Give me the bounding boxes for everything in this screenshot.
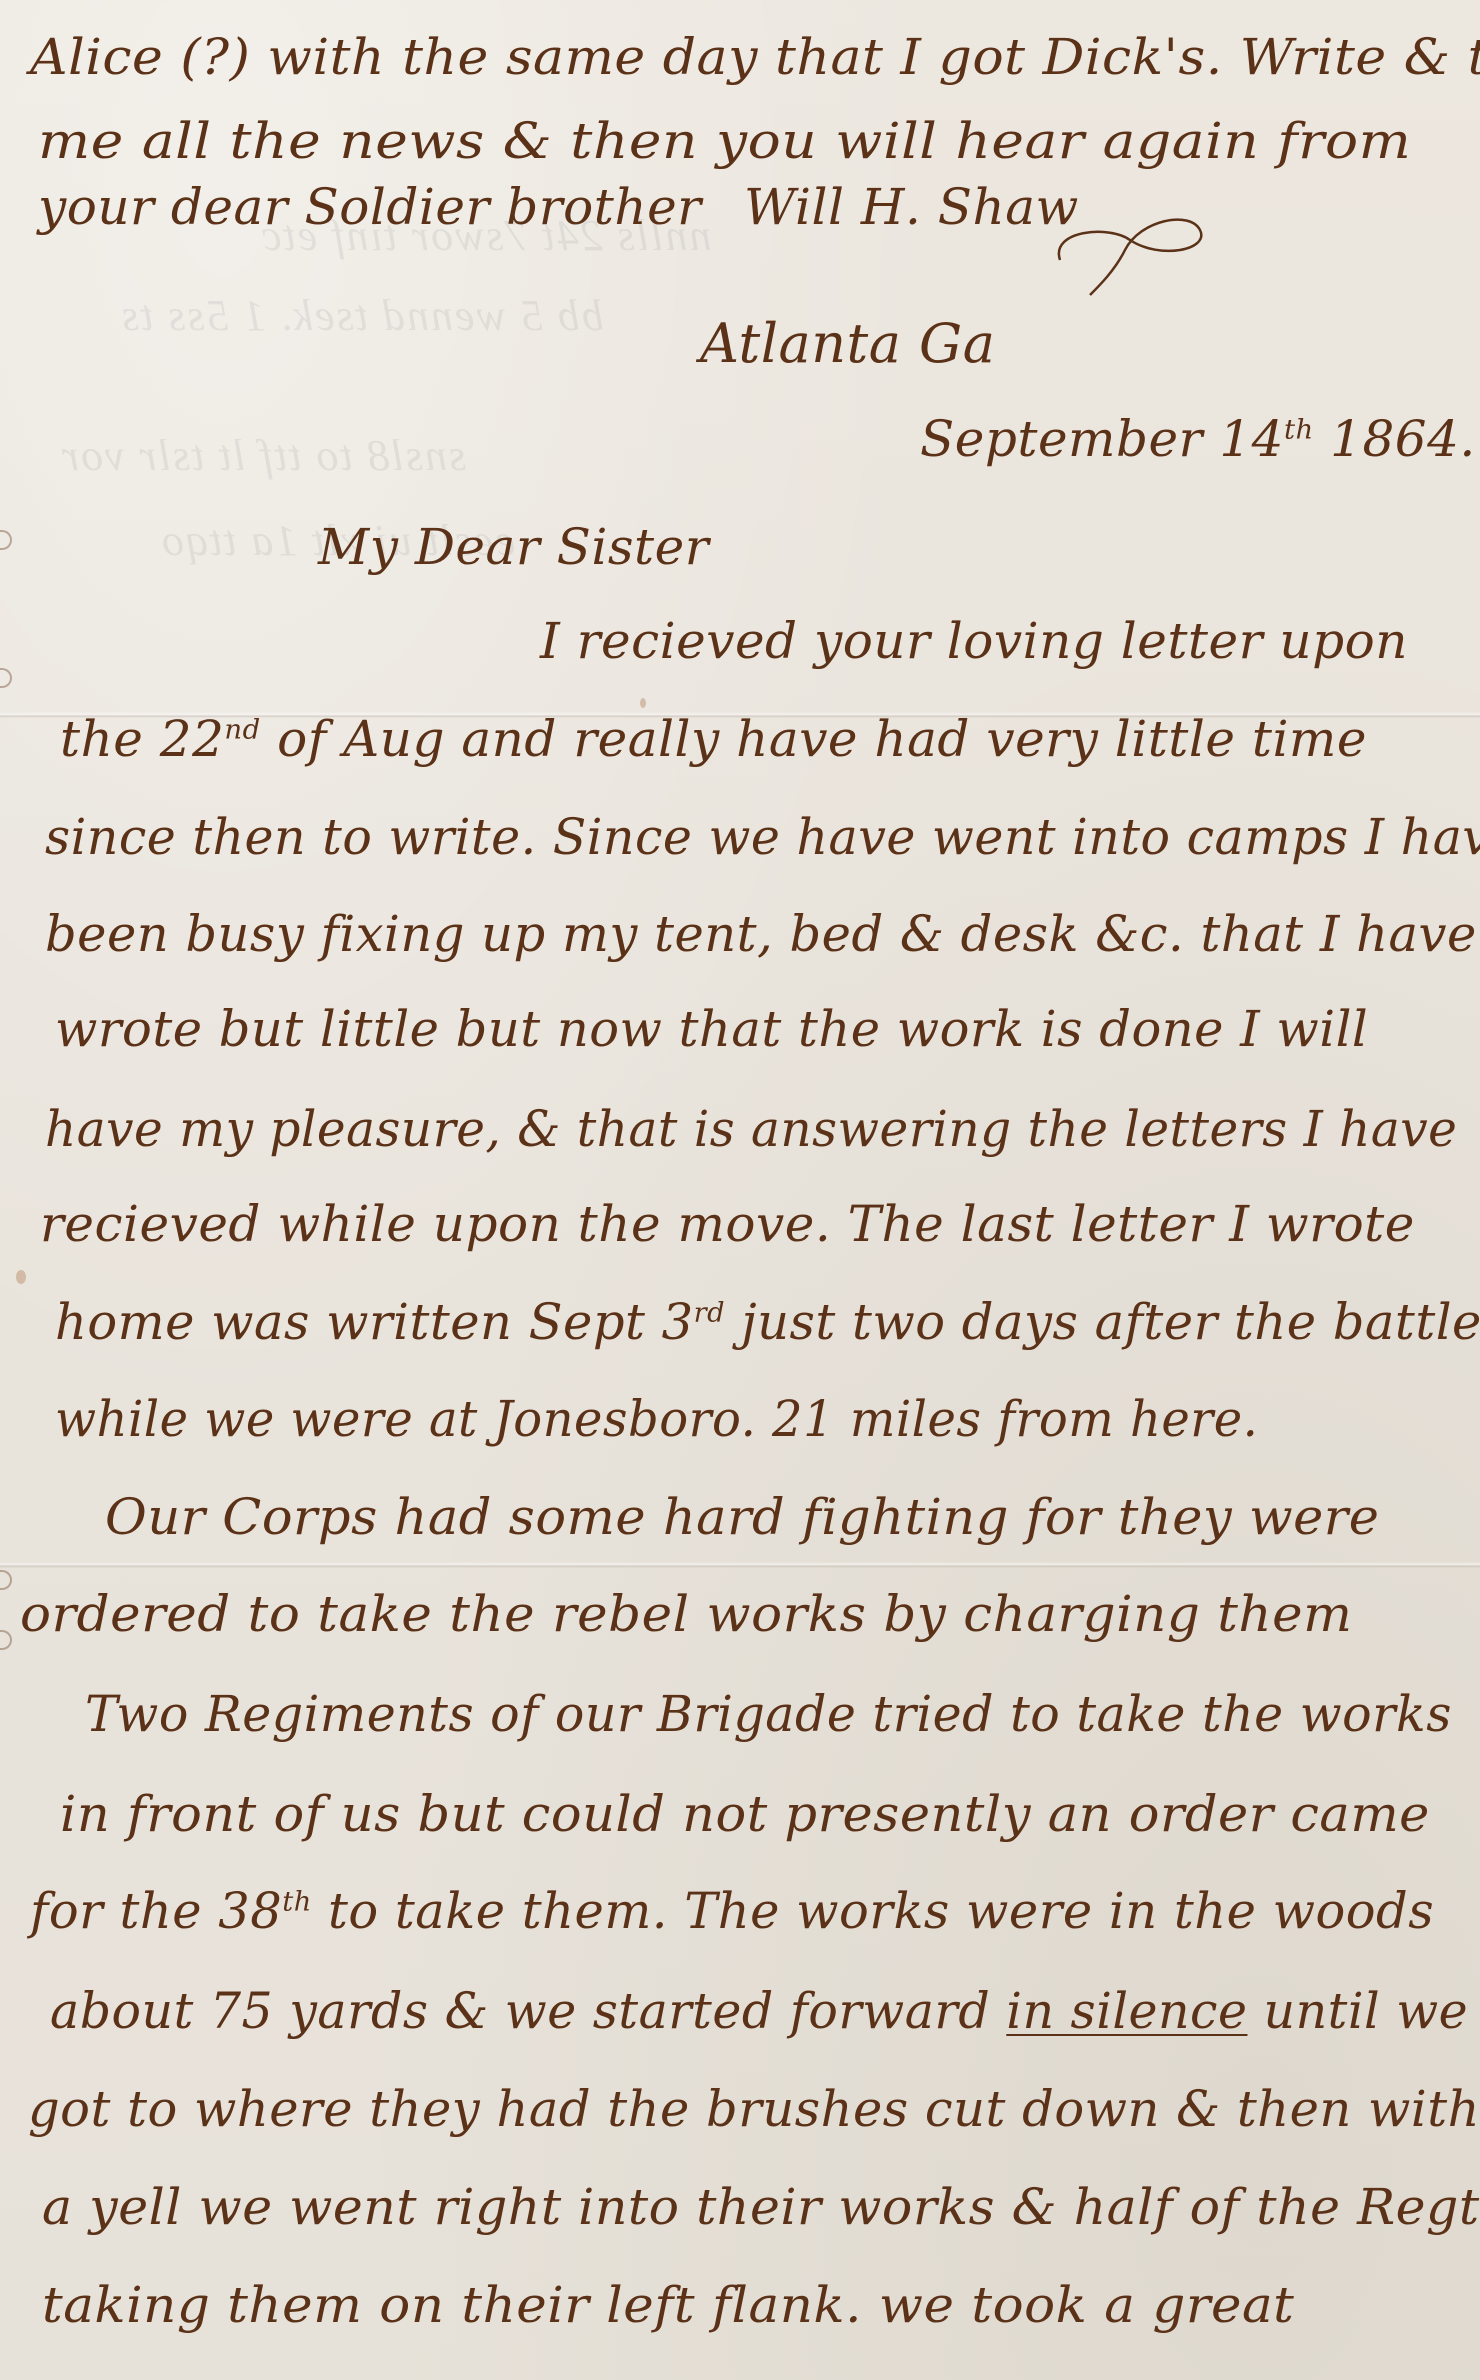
postscript-line: me all the news & then you will hear aga… bbox=[38, 112, 1411, 170]
body-line: the 22nd of Aug and really have had very… bbox=[60, 710, 1367, 768]
body-text: until we bbox=[1247, 1982, 1468, 2040]
body-line: for the 38th to take them. The works wer… bbox=[30, 1882, 1434, 1940]
margin-mark bbox=[0, 668, 12, 688]
body-text: about 75 yards & we started forward bbox=[50, 1982, 1006, 2040]
body-text: just two days after the battle bbox=[725, 1293, 1480, 1351]
letter-place: Atlanta Ga bbox=[700, 312, 995, 375]
body-text: home was written Sept 3 bbox=[55, 1293, 694, 1351]
letter-page: nnlls 24t 7swor tinf etc bb 5 wennd tsek… bbox=[0, 0, 1480, 2380]
body-line: about 75 yards & we started forward in s… bbox=[50, 1982, 1468, 2040]
postscript-line: your dear Soldier brother bbox=[38, 178, 702, 236]
body-line: while we were at Jonesboro. 21 miles fro… bbox=[55, 1390, 1258, 1448]
body-line: have my pleasure, & that is answering th… bbox=[45, 1100, 1457, 1158]
body-line: recieved while upon the move. The last l… bbox=[40, 1195, 1415, 1253]
ordinal-suffix: nd bbox=[224, 713, 260, 745]
body-line: I recieved your loving letter upon bbox=[540, 612, 1408, 670]
margin-mark bbox=[0, 1570, 12, 1590]
letter-date: September 14th 1864. bbox=[920, 410, 1476, 468]
bleed-through-text: bb 5 wennd tsek. 1 5ss ts bbox=[120, 290, 604, 341]
ordinal-suffix: th bbox=[282, 1885, 311, 1917]
body-line: home was written Sept 3rd just two days … bbox=[55, 1293, 1480, 1351]
signature: Will H. Shaw bbox=[744, 178, 1079, 236]
margin-mark bbox=[0, 1630, 12, 1650]
body-line: ordered to take the rebel works by charg… bbox=[20, 1585, 1352, 1643]
ink-stain bbox=[16, 1270, 26, 1284]
date-year: 1864. bbox=[1330, 410, 1476, 468]
ink-stain bbox=[640, 698, 646, 708]
postscript-closing: your dear Soldier brother Will H. Shaw bbox=[38, 178, 1079, 236]
underlined-text: in silence bbox=[1006, 1982, 1247, 2040]
date-ordinal: th bbox=[1284, 413, 1314, 445]
paper-fold-crease bbox=[0, 1562, 1480, 1568]
body-line: Our Corps had some hard fighting for the… bbox=[105, 1488, 1379, 1546]
postscript-line: Alice (?) with the same day that I got D… bbox=[30, 28, 1480, 86]
salutation: My Dear Sister bbox=[318, 518, 709, 576]
body-line: since then to write. Since we have went … bbox=[45, 808, 1480, 866]
body-line: got to where they had the brushes cut do… bbox=[28, 2080, 1480, 2138]
ordinal-suffix: rd bbox=[694, 1296, 725, 1328]
body-text: to take them. The works were in the wood… bbox=[312, 1882, 1434, 1940]
bleed-through-text: snsl8 to ttf lt tslr vor bbox=[60, 430, 466, 481]
date-month-day: September 14 bbox=[920, 410, 1284, 468]
body-line: Two Regiments of our Brigade tried to ta… bbox=[85, 1685, 1452, 1743]
body-line: taking them on their left flank. we took… bbox=[42, 2276, 1294, 2334]
body-line: wrote but little but now that the work i… bbox=[55, 1000, 1368, 1058]
body-text: the 22 bbox=[60, 710, 224, 768]
margin-mark bbox=[0, 530, 12, 550]
signature-flourish-icon bbox=[1040, 190, 1220, 300]
body-line: been busy fixing up my tent, bed & desk … bbox=[45, 905, 1477, 963]
body-text: for the 38 bbox=[30, 1882, 282, 1940]
body-line: in front of us but could not presently a… bbox=[60, 1785, 1430, 1843]
body-line: a yell we went right into their works & … bbox=[42, 2178, 1480, 2236]
body-text: of Aug and really have had very little t… bbox=[261, 710, 1367, 768]
